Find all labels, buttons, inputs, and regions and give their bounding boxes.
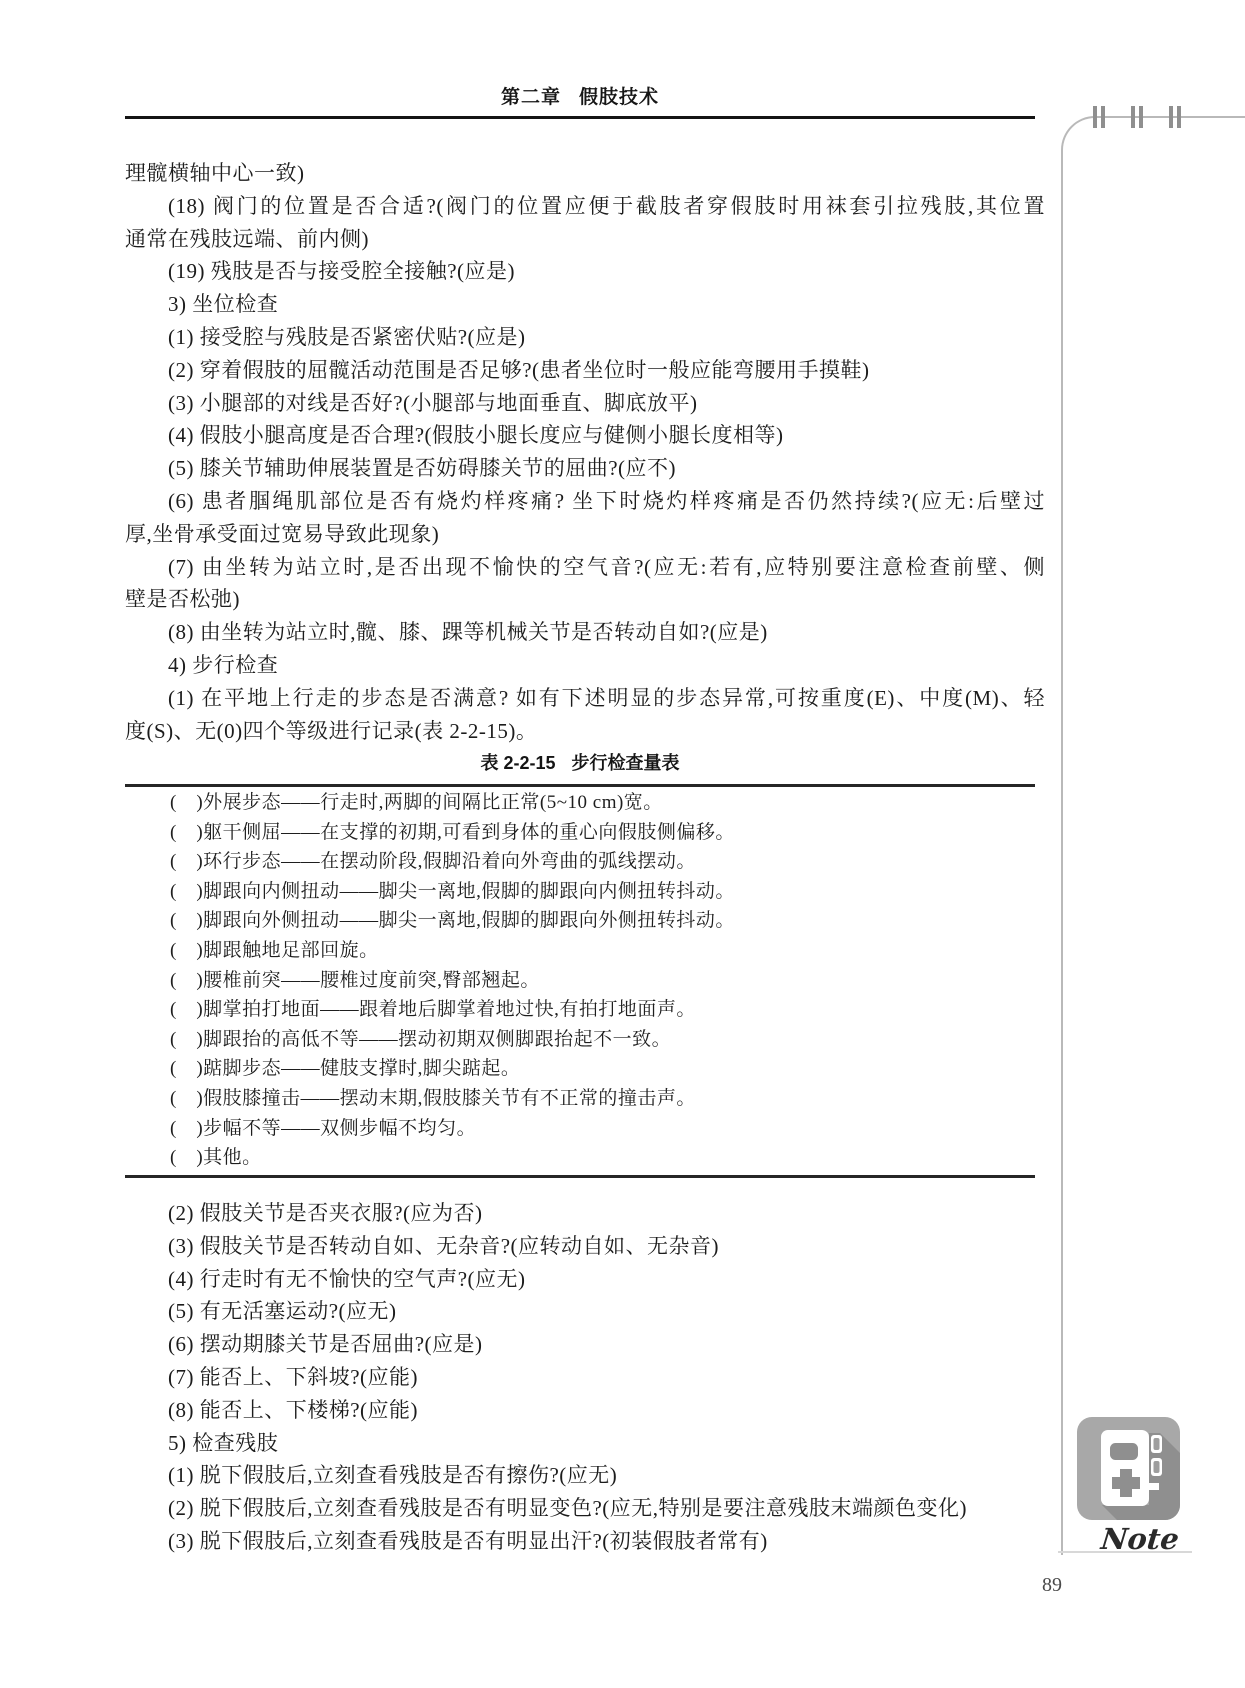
body-line: (4) 假肢小腿高度是否合理?(假肢小腿长度应与健侧小腿长度相等) bbox=[125, 419, 1045, 452]
table-row: ( )环行步态——在摆动阶段,假脚沿着向外弯曲的弧线摆动。 bbox=[125, 847, 1045, 877]
chapter-number: 第二章 bbox=[501, 87, 561, 108]
body-line: 通常在残肢远端、前内侧) bbox=[125, 223, 1045, 256]
margin-decor-line bbox=[1061, 116, 1245, 1555]
body-line: (6) 患者腘绳肌部位是否有烧灼样疼痛? 坐下时烧灼样疼痛是否仍然持续?(应无:… bbox=[125, 485, 1045, 518]
body-line: (7) 能否上、下斜坡?(应能) bbox=[125, 1361, 1045, 1394]
table-caption: 表 2-2-15步行检查量表 bbox=[125, 752, 1035, 774]
body-line: (18) 阀门的位置是否合适?(阀门的位置应便于截肢者穿假肢时用袜套引拉残肢,其… bbox=[125, 190, 1045, 223]
chapter-title: 假肢技术 bbox=[579, 87, 659, 108]
body-line: (1) 脱下假肢后,立刻查看残肢是否有擦伤?(应无) bbox=[125, 1459, 1045, 1492]
table-row: ( )脚掌拍打地面——跟着地后脚掌着地过快,有拍打地面声。 bbox=[125, 995, 1045, 1025]
table-row: ( )踮脚步态——健肢支撑时,脚尖踮起。 bbox=[125, 1054, 1045, 1084]
body-text-before-table: 理髋横轴中心一致)(18) 阀门的位置是否合适?(阀门的位置应便于截肢者穿假肢时… bbox=[125, 157, 1045, 747]
body-text-after-table: (2) 假肢关节是否夹衣服?(应为否)(3) 假肢关节是否转动自如、无杂音?(应… bbox=[125, 1197, 1045, 1558]
table-title: 步行检查量表 bbox=[572, 753, 680, 773]
body-line: (8) 由坐转为站立时,髋、膝、踝等机械关节是否转动自如?(应是) bbox=[125, 616, 1045, 649]
body-line: 5) 检查残肢 bbox=[125, 1427, 1045, 1460]
binder-tick-icon bbox=[1093, 106, 1105, 128]
binder-tick-icon bbox=[1131, 106, 1143, 128]
body-line: (7) 由坐转为站立时,是否出现不愉快的空气音?(应无:若有,应特别要注意检查前… bbox=[125, 551, 1045, 584]
body-line: (1) 在平地上行走的步态是否满意? 如有下述明显的步态异常,可按重度(E)、中… bbox=[125, 682, 1045, 715]
body-line: 度(S)、无(0)四个等级进行记录(表 2-2-15)。 bbox=[125, 715, 1045, 748]
table-row: ( )脚跟触地足部回旋。 bbox=[125, 936, 1045, 966]
table-row: ( )假肢膝撞击——摆动末期,假肢膝关节有不正常的撞击声。 bbox=[125, 1084, 1045, 1114]
header-rule bbox=[125, 116, 1035, 119]
body-line: (8) 能否上、下楼梯?(应能) bbox=[125, 1394, 1045, 1427]
table-number: 表 2-2-15 bbox=[480, 753, 555, 773]
table-bottom-rule bbox=[125, 1175, 1035, 1178]
body-line: (5) 有无活塞运动?(应无) bbox=[125, 1295, 1045, 1328]
body-line: (2) 假肢关节是否夹衣服?(应为否) bbox=[125, 1197, 1045, 1230]
table-row: ( )脚跟向内侧扭动——脚尖一离地,假脚的脚跟向内侧扭转抖动。 bbox=[125, 877, 1045, 907]
body-line: (2) 脱下假肢后,立刻查看残肢是否有明显变色?(应无,特别是要注意残肢末端颜色… bbox=[125, 1492, 1045, 1525]
table-row: ( )脚跟抬的高低不等——摆动初期双侧脚跟抬起不一致。 bbox=[125, 1025, 1045, 1055]
body-line: (3) 脱下假肢后,立刻查看残肢是否有明显出汗?(初装假肢者常有) bbox=[125, 1525, 1045, 1558]
note-underline bbox=[1058, 1551, 1192, 1553]
body-line: (19) 残肢是否与接受腔全接触?(应是) bbox=[125, 255, 1045, 288]
body-line: (6) 摆动期膝关节是否屈曲?(应是) bbox=[125, 1328, 1045, 1361]
body-line: (2) 穿着假肢的屈髋活动范围是否足够?(患者坐位时一般应能弯腰用手摸鞋) bbox=[125, 354, 1045, 387]
table-row: ( )步幅不等——双侧步幅不均匀。 bbox=[125, 1114, 1045, 1144]
table-row: ( )其他。 bbox=[125, 1143, 1045, 1173]
body-line: (5) 膝关节辅助伸展装置是否妨碍膝关节的屈曲?(应不) bbox=[125, 452, 1045, 485]
note-notebook-icon bbox=[1077, 1417, 1180, 1520]
body-line: 壁是否松弛) bbox=[125, 583, 1045, 616]
body-line: (1) 接受腔与残肢是否紧密伏贴?(应是) bbox=[125, 321, 1045, 354]
body-line: (4) 行走时有无不愉快的空气声?(应无) bbox=[125, 1263, 1045, 1296]
table-row: ( )脚跟向外侧扭动——脚尖一离地,假脚的脚跟向外侧扭转抖动。 bbox=[125, 906, 1045, 936]
table-top-rule bbox=[125, 784, 1035, 787]
book-page: { "header": { "chapter": "第二章", "title":… bbox=[0, 0, 1245, 1688]
table-row: ( )腰椎前突——腰椎过度前突,臀部翘起。 bbox=[125, 966, 1045, 996]
body-line: 3) 坐位检查 bbox=[125, 288, 1045, 321]
table-row: ( )躯干侧屈——在支撑的初期,可看到身体的重心向假肢侧偏移。 bbox=[125, 818, 1045, 848]
binder-tick-icon bbox=[1169, 106, 1181, 128]
body-line: 理髋横轴中心一致) bbox=[125, 157, 1045, 190]
page-header: 第二章假肢技术 bbox=[125, 86, 1035, 110]
body-line: (3) 小腿部的对线是否好?(小腿部与地面垂直、脚底放平) bbox=[125, 387, 1045, 420]
table-row: ( )外展步态——行走时,两脚的间隔比正常(5~10 cm)宽。 bbox=[125, 788, 1045, 818]
body-line: (3) 假肢关节是否转动自如、无杂音?(应转动自如、无杂音) bbox=[125, 1230, 1045, 1263]
page-number: 89 bbox=[1042, 1574, 1062, 1597]
body-line: 4) 步行检查 bbox=[125, 649, 1045, 682]
body-line: 厚,坐骨承受面过宽易导致此现象) bbox=[125, 518, 1045, 551]
gait-checklist-table: ( )外展步态——行走时,两脚的间隔比正常(5~10 cm)宽。( )躯干侧屈—… bbox=[125, 788, 1045, 1173]
